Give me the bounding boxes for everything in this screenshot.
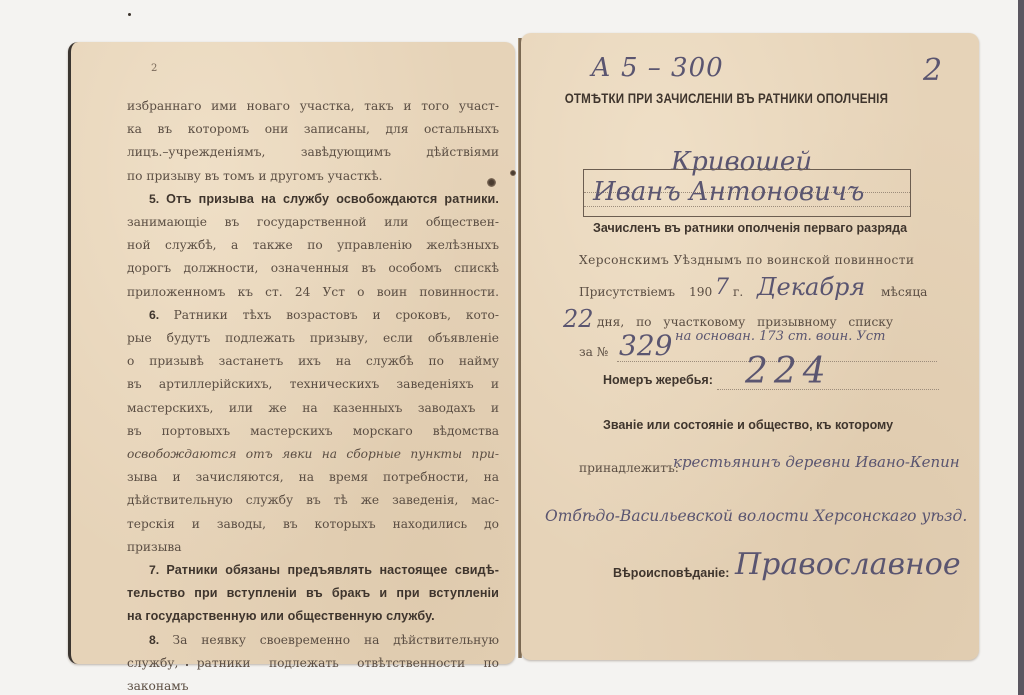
- text-content: законамъ: [127, 679, 189, 693]
- form-title: ОТМѢТКИ ПРИ ЗАЧИСЛЕНІИ ВЪ РАТНИКИ ОПОЛЧЕ…: [563, 91, 890, 106]
- text-line: мастерскихъ, или же на казенныхъ заводах…: [127, 397, 499, 420]
- text-content: ной службѣ, а также по управленію желѣзн…: [127, 238, 499, 252]
- clause-number: 5.: [149, 192, 166, 206]
- text-content: ка въ которомъ они записаны, для остальн…: [127, 122, 499, 136]
- text-line: освобождаются отъ явки на сборные пункты…: [127, 443, 499, 466]
- lot-label: Номеръ жеребья:: [603, 373, 713, 387]
- office-line: Херсонскимъ Уѣзднымъ по воинской повинно…: [579, 253, 914, 267]
- text-line: въ портовыхъ мастерскихъ морскаго вѣдомс…: [127, 420, 499, 443]
- handwritten-religion: Православное: [735, 547, 961, 582]
- text-line: службу, ратники подлежать отвѣтственност…: [127, 652, 499, 675]
- text-content: на государственную или общественную служ…: [127, 609, 435, 623]
- text-content: о призывѣ застанетъ ихъ на службѣ по най…: [127, 354, 499, 368]
- page-number: 2: [151, 63, 157, 74]
- staple-hole: [510, 170, 516, 176]
- belongs-label: принадлежитъ:: [579, 461, 679, 475]
- text-line: ка въ которомъ они записаны, для остальн…: [127, 118, 499, 141]
- number-label: за №: [579, 345, 608, 359]
- handwritten-list-number: 329: [619, 329, 672, 362]
- text-line: ной службѣ, а также по управленію желѣзн…: [127, 234, 499, 257]
- year-prefix: 190: [689, 285, 712, 299]
- text-content: въ артиллерійскихъ, техническихъ заведен…: [127, 377, 499, 391]
- handwritten-estate: крестьянинъ деревни Ивано-Кепин: [673, 453, 960, 471]
- text-content: За неявку своевременно на дѣйствительную: [173, 633, 499, 647]
- text-content: занимающіе въ государственной или общест…: [127, 215, 499, 229]
- text-content: дѣйствительную службу въ тѣ же заведенія…: [127, 493, 499, 507]
- text-line: 5. Отъ призыва на службу освобождаются р…: [127, 188, 499, 211]
- right-page: А 5 – 300 2 ОТМѢТКИ ПРИ ЗАЧИСЛЕНІИ ВЪ РА…: [521, 33, 979, 660]
- enrolled-label: Зачисленъ въ ратники ополченія перваго р…: [593, 221, 907, 235]
- handwritten-month: Декабря: [757, 273, 865, 301]
- text-line: избраннаго ими новаго участка, такъ и то…: [127, 95, 499, 118]
- handwritten-lot-number: 224: [745, 351, 832, 392]
- left-page-text: избраннаго ими новаго участка, такъ и то…: [127, 95, 499, 695]
- text-line: 7. Ратники обязаны предъявлять настоящее…: [127, 559, 499, 582]
- text-content: въ портовыхъ мастерскихъ морскаго вѣдомс…: [127, 424, 499, 438]
- handwritten-given-name: Иванъ Антоновичъ: [593, 177, 864, 207]
- clause-number: 6.: [149, 308, 174, 322]
- text-content: зыва и зачисляются, на время потребности…: [127, 470, 499, 484]
- lot-underline: [717, 389, 939, 390]
- text-content: службу, ратники подлежать отвѣтственност…: [127, 656, 499, 670]
- handwritten-year-digit: 7: [715, 275, 729, 300]
- text-line: на государственную или общественную служ…: [127, 605, 499, 628]
- text-line: 8. За неявку своевременно на дѣйствитель…: [127, 629, 499, 652]
- handwritten-archive-code: А 5 – 300: [591, 53, 724, 83]
- text-line: зыва и зачисляются, на время потребности…: [127, 466, 499, 489]
- presence-label: Присутствіемъ: [579, 285, 675, 299]
- text-content: избраннаго ими новаго участка, такъ и то…: [127, 99, 499, 113]
- handwritten-page-number: 2: [923, 53, 942, 88]
- month-label: мѣсяца: [881, 285, 927, 299]
- religion-label: Вѣроисповѣданіе:: [613, 566, 729, 580]
- text-content: приложенномъ къ ст. 24 Уст о воин повинн…: [127, 285, 499, 299]
- day-label: дня, по участковому призывному списку: [597, 315, 893, 329]
- text-line: по призыву въ томъ и другомъ участкѣ.: [127, 165, 499, 188]
- text-content: рые будутъ подлежать призыву, если объяв…: [127, 331, 499, 345]
- text-line: о призывѣ застанетъ ихъ на службѣ по най…: [127, 350, 499, 373]
- staple-hole: [487, 178, 496, 187]
- status-label: Званіе или состояніе и общество, къ кото…: [603, 418, 893, 432]
- text-line: дѣйствительную службу въ тѣ же заведенія…: [127, 489, 499, 512]
- text-line: 6. Ратники тѣхъ возрастовъ и сроковъ, ко…: [127, 304, 499, 327]
- left-page: 2 избраннаго ими новаго участка, такъ и …: [68, 42, 515, 664]
- text-content: Ратники обязаны предъявлять настоящее св…: [166, 563, 499, 577]
- text-content: по призыву въ томъ и другомъ участкѣ.: [127, 169, 383, 183]
- text-content: Ратники тѣхъ возрастовъ и сроковъ, кото-: [174, 308, 499, 322]
- text-content: Отъ призыва на службу освобождаются ратн…: [166, 192, 499, 206]
- text-line: дорогъ должности, означенныя въ особомъ …: [127, 257, 499, 280]
- text-line: призыва: [127, 536, 499, 559]
- handwritten-volost: Отбѣдо-Васильевской волости Херсонскаго …: [545, 507, 967, 525]
- text-content: терскія и заводы, въ которыхъ находились…: [127, 517, 499, 531]
- text-content: тельство при вступленіи въ бракъ и при в…: [127, 586, 499, 600]
- text-line: рые будутъ подлежать призыву, если объяв…: [127, 327, 499, 350]
- text-content: дорогъ должности, означенныя въ особомъ …: [127, 261, 499, 275]
- text-content: освобождаются отъ явки на сборные пункты…: [127, 447, 499, 461]
- text-content: мастерскихъ, или же на казенныхъ заводах…: [127, 401, 499, 415]
- text-line: терскія и заводы, въ которыхъ находились…: [127, 513, 499, 536]
- scanner-edge-strip: [1018, 0, 1024, 695]
- handwritten-basis-note: на основан. 173 ст. воин. Уст: [675, 329, 886, 344]
- text-line: лицъ.–учрежденіямъ, завѣдующимъ дѣйствія…: [127, 141, 499, 164]
- text-content: лицъ.–учрежденіямъ, завѣдующимъ дѣйствія…: [127, 145, 499, 159]
- handwritten-day: 22: [563, 305, 594, 333]
- dust-speck: [128, 13, 131, 16]
- clause-number: 7.: [149, 563, 166, 577]
- year-suffix: г.: [733, 285, 743, 299]
- text-line: приложенномъ къ ст. 24 Уст о воин повинн…: [127, 281, 499, 304]
- text-line: тельство при вступленіи въ бракъ и при в…: [127, 582, 499, 605]
- text-content: призыва: [127, 540, 182, 554]
- clause-number: 8.: [149, 633, 173, 647]
- text-line: занимающіе въ государственной или общест…: [127, 211, 499, 234]
- dust-speck: [186, 664, 188, 666]
- text-line: законамъ: [127, 675, 499, 695]
- text-line: въ артиллерійскихъ, техническихъ заведен…: [127, 373, 499, 396]
